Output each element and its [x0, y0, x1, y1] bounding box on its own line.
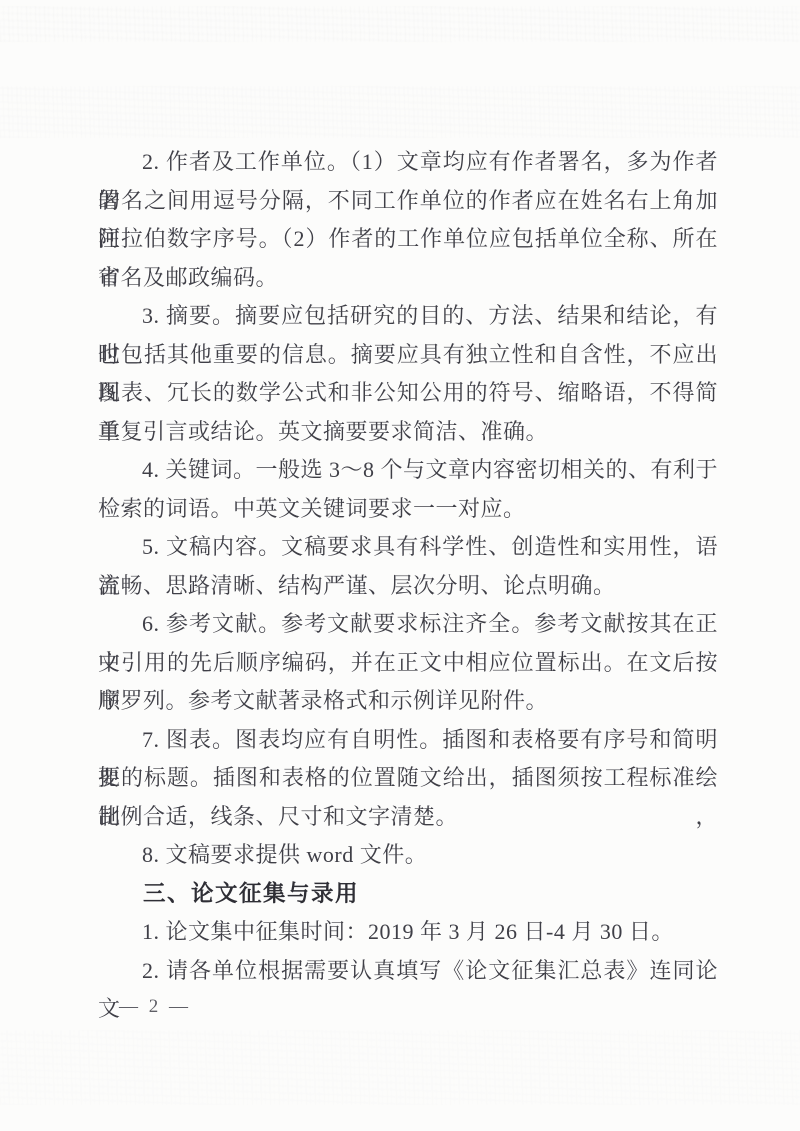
paragraph-line: 署名之间用逗号分隔，不同工作单位的作者应在姓名右上角加注: [98, 182, 718, 221]
paragraph-line: 阿拉伯数字序号。（2）作者的工作单位应包括单位全称、所在省: [98, 220, 718, 259]
paragraph-line: 市名及邮政编码。: [98, 259, 718, 298]
paragraph-line: 4. 关键词。一般选 3～8 个与文章内容密切相关的、有利于: [98, 451, 718, 490]
paragraph-line: 2. 作者及工作单位。（1）文章均应有作者署名，多为作者的: [98, 143, 718, 182]
scan-noise-band: [0, 86, 800, 138]
paragraph-line: 重复引言或结论。英文摘要要求简洁、准确。: [98, 413, 718, 452]
document-body: 2. 作者及工作单位。（1）文章均应有作者署名，多为作者的 署名之间用逗号分隔，…: [98, 143, 718, 990]
paragraph-line: 5. 文稿内容。文稿要求具有科学性、创造性和实用性，语言: [98, 528, 718, 567]
paragraph-line: 检索的词语。中英文关键词要求一一对应。: [98, 490, 718, 529]
paragraph-line: 2. 请各单位根据需要认真填写《论文征集汇总表》连同论文: [98, 952, 718, 991]
scan-noise-band: [0, 6, 800, 42]
paragraph-line: 7. 图表。图表均应有自明性。插图和表格要有序号和简明扼: [98, 721, 718, 760]
paragraph-line: 流畅、思路清晰、结构严谨、层次分明、论点明确。: [98, 567, 718, 606]
paragraph-line: 8. 文稿要求提供 word 文件。: [98, 836, 718, 875]
document-page: 2. 作者及工作单位。（1）文章均应有作者署名，多为作者的 署名之间用逗号分隔，…: [0, 0, 800, 1131]
scan-noise-band: [0, 1030, 800, 1105]
paragraph-line: 图表、冗长的数学公式和非公知公用的符号、缩略语，不得简单: [98, 374, 718, 413]
paragraph-line: 要的标题。插图和表格的位置随文给出，插图须按工程标准绘制，: [98, 759, 718, 798]
paragraph-line: 序罗列。参考文献著录格式和示例详见附件。: [98, 682, 718, 721]
paragraph-line: 也包括其他重要的信息。摘要应具有独立性和自含性，不应出现: [98, 336, 718, 375]
paragraph-line: 1. 论文集中征集时间：2019 年 3 月 26 日-4 月 30 日。: [98, 913, 718, 952]
paragraph-line: 中引用的先后顺序编码，并在正文中相应位置标出。在文后按顺: [98, 644, 718, 683]
paragraph-line: 6. 参考文献。参考文献要求标注齐全。参考文献按其在正文: [98, 605, 718, 644]
section-heading: 三、论文征集与录用: [98, 875, 718, 914]
paragraph-line: 3. 摘要。摘要应包括研究的目的、方法、结果和结论，有时: [98, 297, 718, 336]
page-number: — 2 —: [119, 996, 191, 1018]
